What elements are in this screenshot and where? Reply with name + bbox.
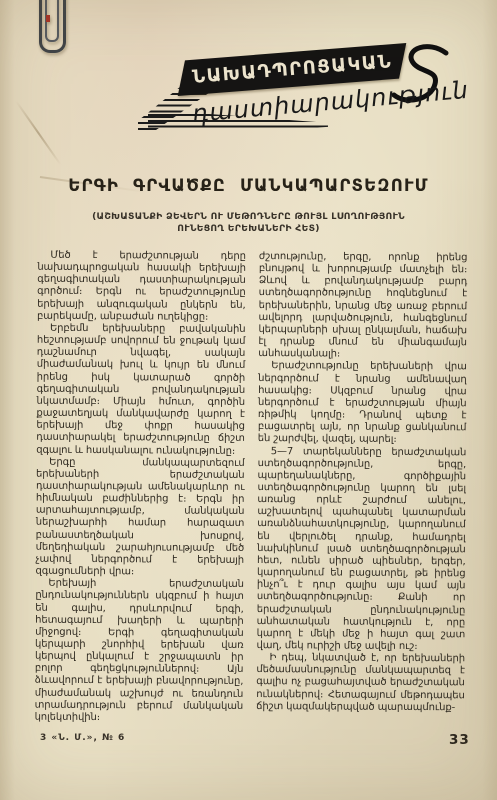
scanned-page: ՆԱԽԱԴՊՐՈՑԱԿԱՆ դաստիարակություն ԵՐԳԻ ԳՐՎԱ…: [0, 0, 497, 800]
body-paragraph: Ի դեպ, նկատված է, որ երեխաների մեծամասնո…: [256, 652, 465, 714]
article-subtitle-line2: ՈՒՆԵՑՈՂ ԵՐԵԽԱՆԵՐԻ ՀԵՏ): [0, 223, 497, 235]
masthead-banner-text: ՆԱԽԱԴՊՐՈՑԱԿԱՆ: [191, 51, 392, 88]
body-paragraph: Երգը մանկապարտեզում երեխաների երաժշտական…: [35, 456, 244, 579]
body-paragraph: Մեծ է երաժշտության դերը նախադպրոցական հա…: [37, 250, 246, 324]
paper-crease: [15, 100, 61, 165]
body-paragraph: Երեխայի երաժշտական ընդունակություններն ս…: [35, 578, 244, 724]
article-subtitle: (ԱՇԽԱՏԱՆՔԻ ՁԵՎԵՐՆ ՈՒ ՄԵԹՈԴՆԵՐԸ ԹՈՒՅԼ ԼՍՈ…: [0, 211, 497, 235]
article-subtitle-line1: (ԱՇԽԱՏԱՆՔԻ ՁԵՎԵՐՆ ՈՒ ՄԵԹՈԴՆԵՐԸ ԹՈՒՅԼ ԼՍՈ…: [0, 211, 497, 223]
paperclip-red-mark: [46, 15, 50, 22]
page-number: 33: [449, 732, 470, 748]
paperclip: [38, 0, 68, 64]
body-paragraph: 5—7 տարեկանները երաժշտական ստեղծագործութ…: [256, 446, 466, 654]
article-body: Մեծ է երաժշտության դերը նախադպրոցական հա…: [35, 250, 468, 725]
article-title: ԵՐԳԻ ԳՐՎԱԾՔԸ ՄԱՆԿԱՊԱՐՏԵԶՈՒՄ: [0, 176, 497, 195]
left-column: Մեծ է երաժշտության դերը նախադպրոցական հա…: [35, 250, 246, 723]
body-paragraph: Երբեմն երեխաները բավականին հեշտությամբ ս…: [36, 323, 245, 458]
body-paragraph: ժշտությունը, երգը, որոնք իրենց բնույթով …: [258, 251, 467, 362]
right-column: ժշտությունը, երգը, որոնք իրենց բնույթով …: [256, 251, 467, 724]
journal-reference: 3 «Ն. Մ.», № 6: [40, 733, 125, 743]
body-paragraph: Երաժշտությունը երեխաների վրա ներգործում …: [258, 360, 467, 446]
body-paragraph: Երեխաներն ընկալում են այն երա-: [35, 724, 243, 725]
